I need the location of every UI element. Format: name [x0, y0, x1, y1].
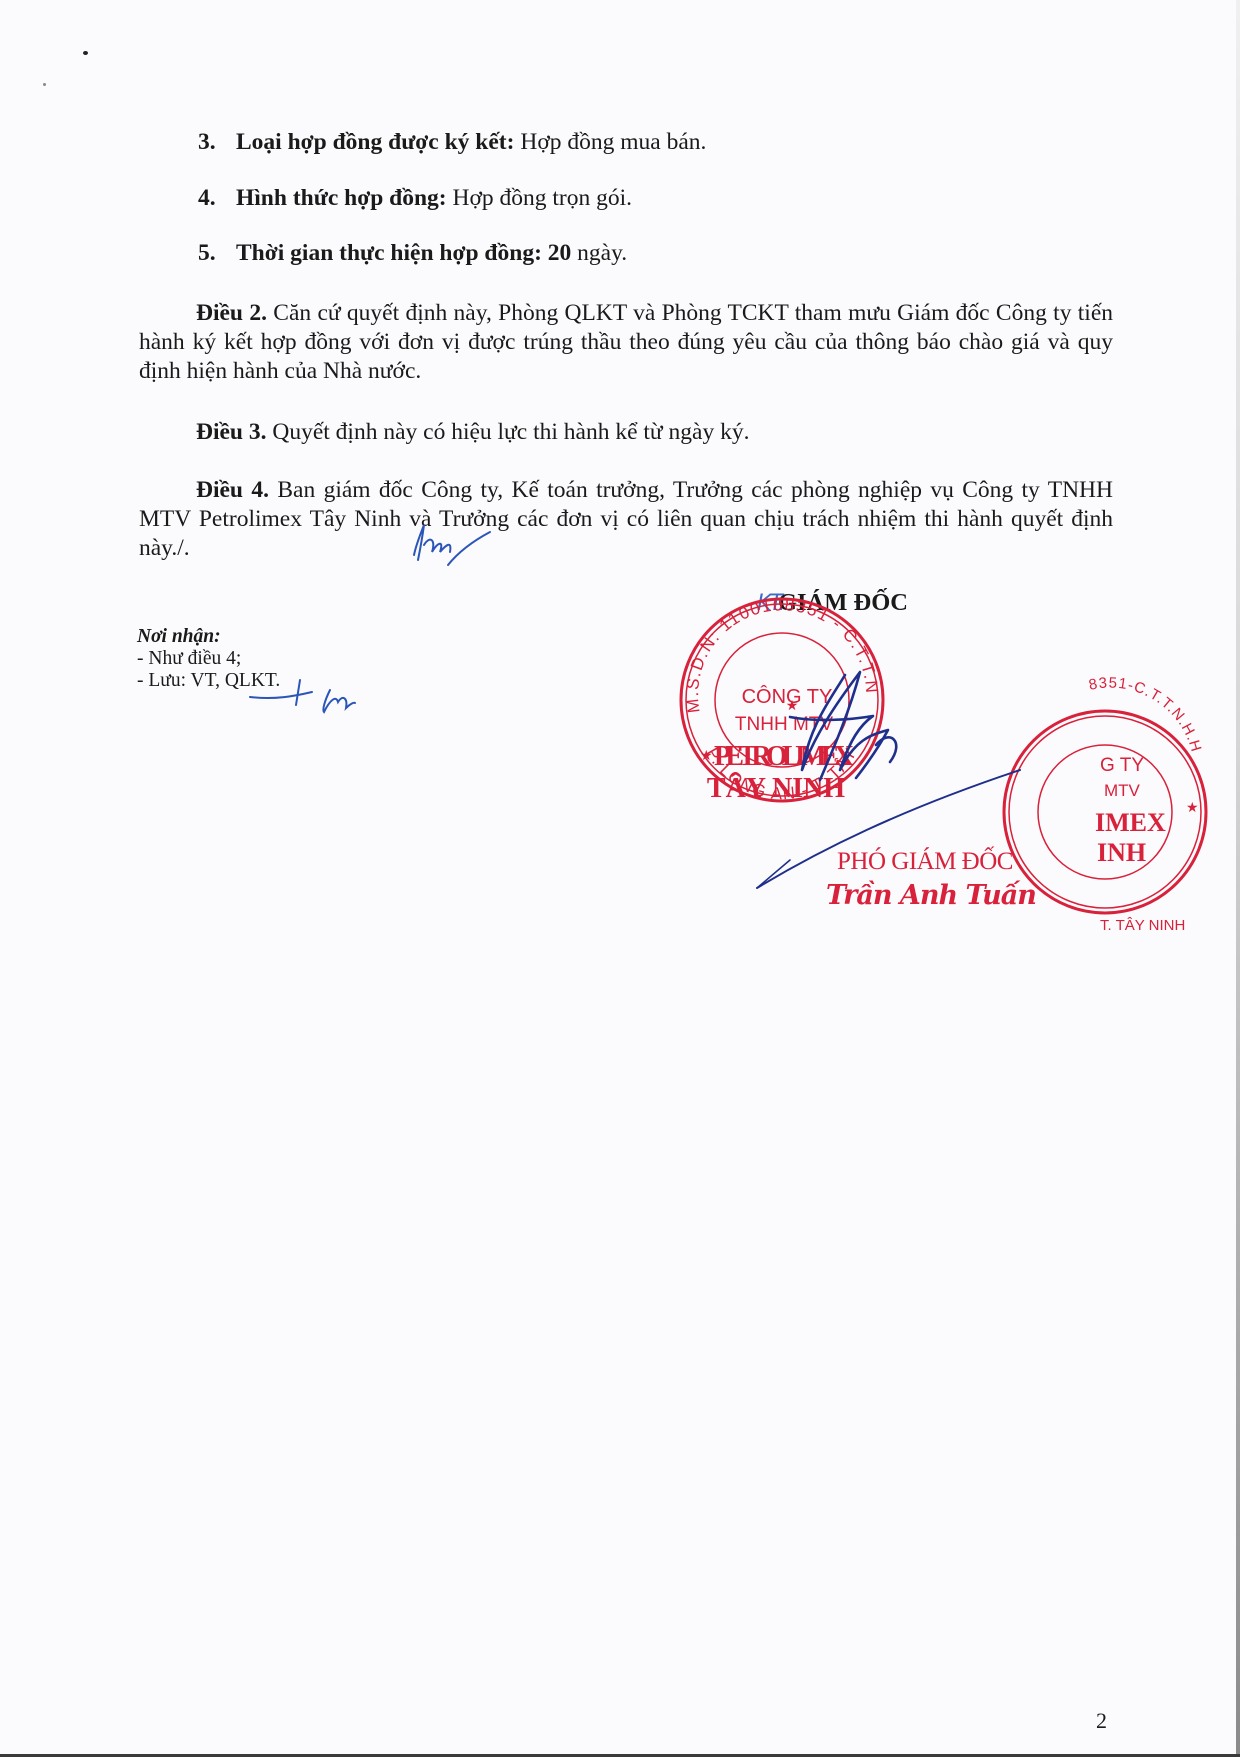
article-3: Điều 3. Quyết định này có hiệu lực thi h… — [139, 418, 1113, 447]
stamp-outer-bottom: P. LONG AN - T. TÂY NINH — [0, 0, 863, 803]
list-item-contract-type: 3.Loại hợp đồng được ký kết: Hợp đồng mu… — [198, 129, 706, 156]
svg-text:★: ★ — [1186, 799, 1199, 815]
partial-stamp-outer-top: 8351-C.T.T.N.H.H — [1087, 674, 1204, 754]
scan-speck — [83, 51, 88, 55]
partial-stamp-line-2: MTV — [1104, 781, 1141, 800]
article-label: Điều 3. — [196, 419, 267, 445]
list-value: Hợp đồng trọn gói. — [447, 185, 632, 211]
list-label: Loại hợp đồng được ký kết: — [236, 129, 514, 155]
svg-text:8351-C.T.T.N.H.H: 8351-C.T.T.N.H.H — [1087, 674, 1204, 754]
page-number: 2 — [1096, 1708, 1107, 1734]
stamp-line-3: PETROLIMEX — [714, 741, 854, 772]
list-number: 3. — [198, 129, 236, 156]
recipient-item: - Lưu: VT, QLKT. — [137, 670, 280, 692]
list-label: Thời gian thực hiện hợp đồng: 20 — [236, 240, 571, 266]
list-value: ngày. — [571, 240, 627, 266]
article-label: Điều 4. — [196, 477, 269, 503]
article-label: Điều 2. — [196, 300, 267, 326]
article-text: Ban giám đốc Công ty, Kế toán trưởng, Tr… — [139, 477, 1113, 561]
partial-stamp-line-4: INH — [1097, 838, 1146, 867]
svg-text:★: ★ — [700, 747, 713, 763]
list-number: 4. — [198, 185, 236, 212]
scan-border-right — [1236, 0, 1240, 1757]
svg-text:P. LONG AN - T. TÂY NINH: P. LONG AN - T. TÂY NINH — [0, 0, 863, 803]
article-4: Điều 4. Ban giám đốc Công ty, Kế toán tr… — [139, 476, 1113, 563]
list-number: 5. — [198, 240, 236, 267]
signer-name: Trần Anh Tuấn — [826, 880, 1036, 911]
stamp-line-4: TÂY NINH — [707, 773, 845, 804]
company-stamp — [681, 599, 883, 801]
recipients-title: Nơi nhận: — [137, 626, 280, 648]
list-item-contract-form: 4.Hình thức hợp đồng: Hợp đồng trọn gói. — [198, 185, 632, 212]
partial-stamp-outer-bottom: T. TÂY NINH — [1100, 917, 1185, 934]
article-text: Căn cứ quyết định này, Phòng QLKT và Phò… — [139, 300, 1113, 384]
recipients-block: Nơi nhận: - Như điều 4; - Lưu: VT, QLKT. — [137, 626, 280, 692]
list-value: Hợp đồng mua bán. — [514, 129, 706, 155]
article-text: Quyết định này có hiệu lực thi hành kể t… — [267, 419, 750, 445]
list-item-contract-duration: 5.Thời gian thực hiện hợp đồng: 20 ngày. — [198, 240, 627, 267]
svg-text:★: ★ — [786, 697, 799, 713]
partial-stamp-line-3: IMEX — [1095, 808, 1166, 837]
article-2: Điều 2. Căn cứ quyết định này, Phòng QLK… — [139, 299, 1113, 386]
signature-title: GIÁM ĐỐC — [778, 589, 908, 617]
list-label: Hình thức hợp đồng: — [236, 185, 447, 211]
scan-speck — [43, 83, 46, 86]
stamp-line-2: TNHH MTV — [735, 714, 833, 735]
recipient-item: - Như điều 4; — [137, 648, 280, 670]
stamp-line-1: CÔNG TY — [742, 685, 833, 708]
partial-stamp-line-1: G TY — [1100, 755, 1144, 776]
signer-role: PHÓ GIÁM ĐỐC — [837, 848, 1013, 876]
